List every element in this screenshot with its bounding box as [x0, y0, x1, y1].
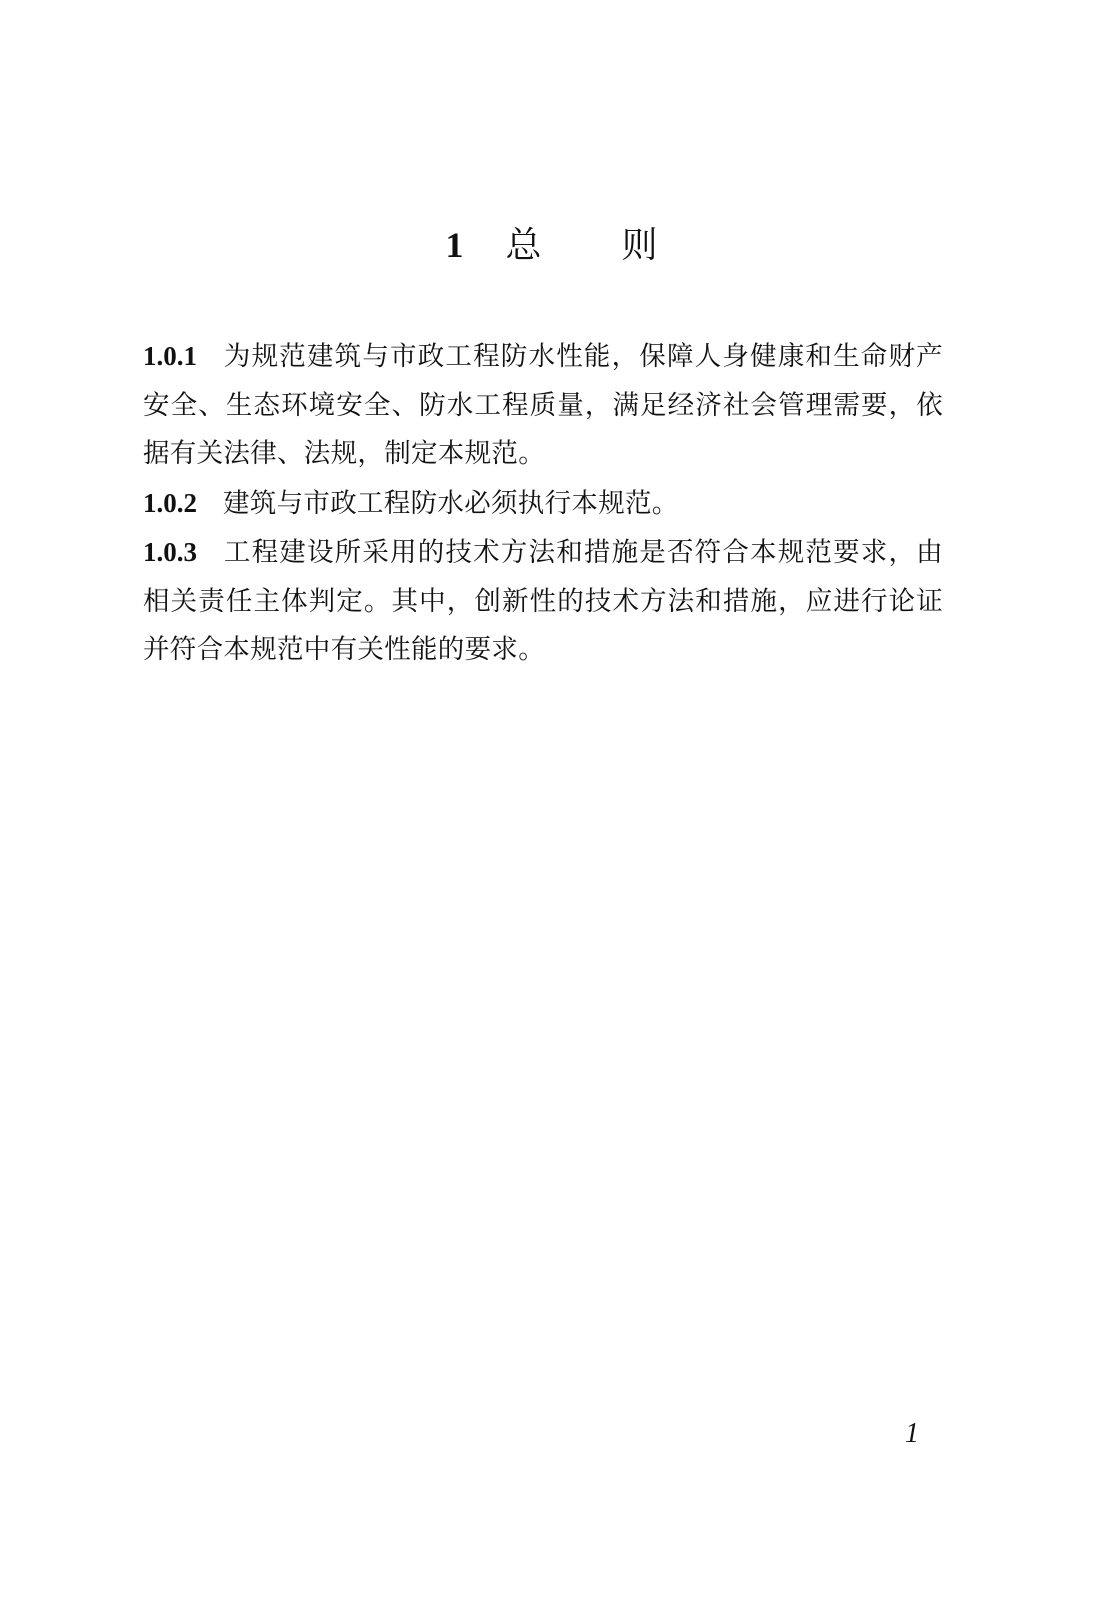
chapter-body: 1.0.1为规范建筑与市政工程防水性能，保障人身健康和生命财产安全、生态环境安全…	[143, 332, 943, 675]
clause-1-0-3: 1.0.3工程建设所采用的技术方法和措施是否符合本规范要求，由相关责任主体判定。…	[143, 528, 943, 675]
chapter-title: 1总则	[0, 222, 1103, 269]
chapter-title-char-1: 总	[505, 225, 541, 266]
clause-1-0-1: 1.0.1为规范建筑与市政工程防水性能，保障人身健康和生命财产安全、生态环境安全…	[143, 332, 943, 479]
chapter-number: 1	[445, 225, 463, 265]
chapter-title-char-2: 则	[622, 225, 658, 266]
page-number: 1	[905, 1418, 919, 1450]
clause-number: 1.0.2	[143, 488, 197, 518]
clause-number: 1.0.3	[143, 537, 197, 567]
clause-text: 建筑与市政工程防水必须执行本规范。	[223, 488, 679, 519]
clause-1-0-2: 1.0.2建筑与市政工程防水必须执行本规范。	[143, 479, 943, 529]
clause-number: 1.0.1	[143, 341, 197, 371]
clause-text: 工程建设所采用的技术方法和措施是否符合本规范要求，由相关责任主体判定。其中，创新…	[143, 537, 943, 665]
clause-text: 为规范建筑与市政工程防水性能，保障人身健康和生命财产安全、生态环境安全、防水工程…	[143, 341, 943, 469]
